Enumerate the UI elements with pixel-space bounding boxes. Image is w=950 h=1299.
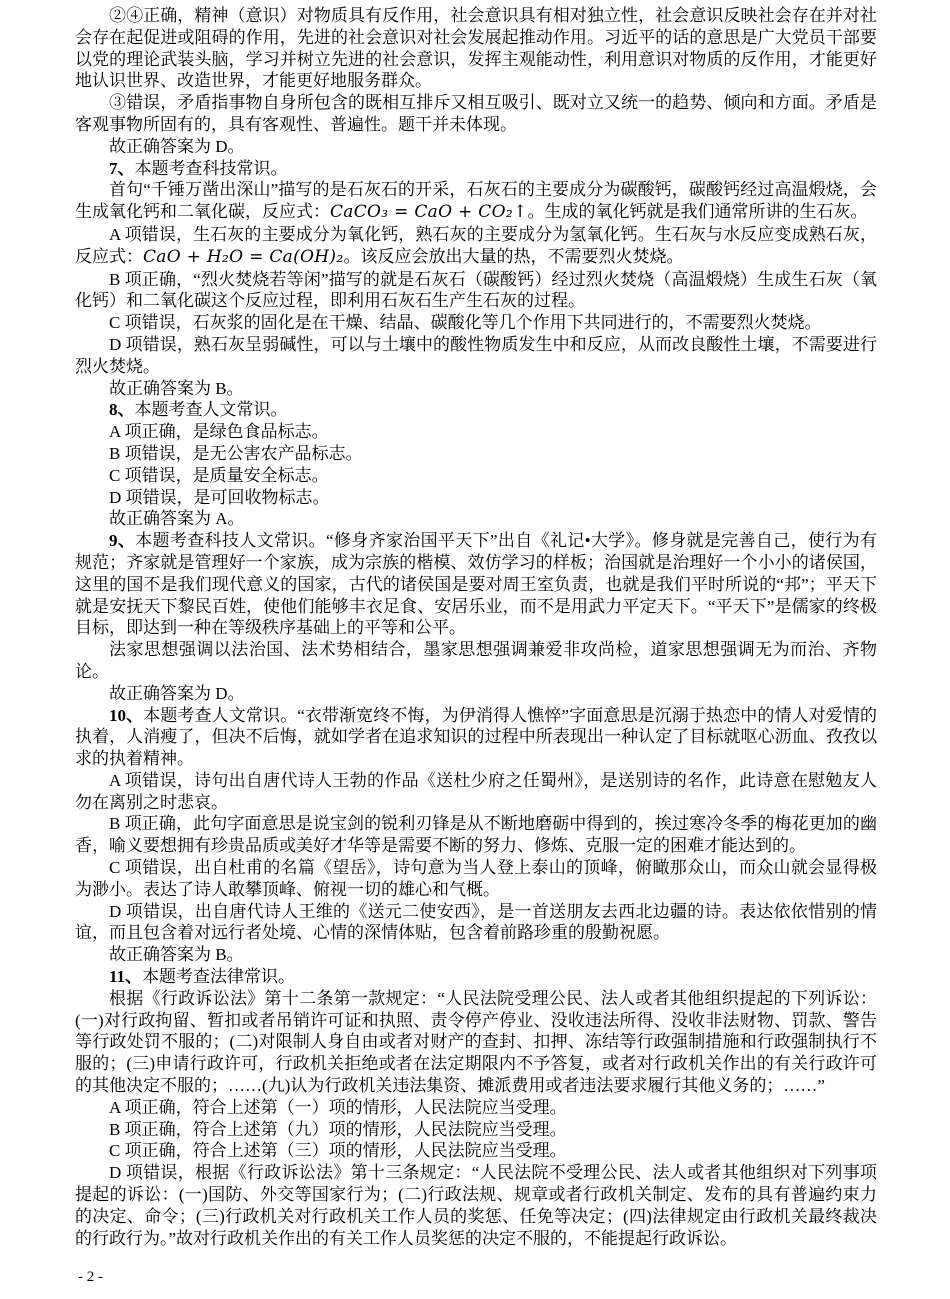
question-number: 8、 [109,400,135,419]
paragraph: B 项正确，“烈火焚烧若等闲”描写的就是石灰石（碳酸钙）经过烈火焚烧（高温煅烧）… [75,269,877,313]
question-heading-text: 本题考查人文常识。“衣带渐宽终不悔，为伊消得人憔悴”字面意思是沉溺于热恋中的情人… [75,706,877,769]
paragraph: B 项正确，符合上述第（九）项的情形，人民法院应当受理。 [75,1119,877,1141]
question-heading: 7、本题考查科技常识。 [75,158,877,180]
answer-line: 故正确答案为 B。 [75,944,877,966]
question-number: 11、 [109,967,142,986]
paragraph: B 项错误，是无公害农产品标志。 [75,443,877,465]
answer-line: 故正确答案为 B。 [75,378,877,400]
paragraph: B 项正确，此句字面意思是说宝剑的锐利刃锋是从不断地磨砺中得到的，挨过寒冷冬季的… [75,813,877,857]
paragraph: C 项错误，石灰浆的固化是在干燥、结晶、碳酸化等几个作用下共同进行的，不需要烈火… [75,312,877,334]
question-heading-text: 本题考查法律常识。 [142,967,295,986]
paragraph: ③错误，矛盾指事物自身所包含的既相互排斥又相互吸引、既对立又统一的趋势、倾向和方… [75,92,877,136]
document-page: ②④正确，精神（意识）对物质具有反作用，社会意识具有相对独立性，社会意识反映社会… [0,0,950,1286]
question-heading-text: 本题考查人文常识。 [135,400,288,419]
paragraph: D 项错误，出自唐代诗人王维的《送元二使安西》，是一首送朋友去西北边疆的诗。表达… [75,901,877,945]
paragraph: D 项错误，是可回收物标志。 [75,487,877,509]
paragraph: D 项错误，根据《行政诉讼法》第十三条规定：“人民法院不受理公民、法人或者其他组… [75,1162,877,1249]
paragraph: C 项错误，出自杜甫的名篇《望岳》，诗句意为当人登上泰山的顶峰，俯瞰那众山，而众… [75,857,877,901]
paragraph: ②④正确，精神（意识）对物质具有反作用，社会意识具有相对独立性，社会意识反映社会… [75,5,877,92]
question-heading: 8、本题考查人文常识。 [75,399,877,421]
paragraph: A 项错误，生石灰的主要成分为氧化钙，熟石灰的主要成分为氢氧化钙。生石灰与水反应… [75,224,877,269]
question-heading: 10、本题考查人文常识。“衣带渐宽终不悔，为伊消得人憔悴”字面意思是沉溺于热恋中… [75,705,877,770]
paragraph-text: 。该反应会放出大量的热，不需要烈火焚烧。 [343,247,683,266]
question-heading-text: 本题考查科技人文常识。“修身齐家治国平天下”出自《礼记•大学》。修身就是完善自己… [75,531,877,637]
answer-line: 故正确答案为 D。 [75,136,877,158]
question-number: 10、 [109,706,143,725]
paragraph: A 项正确，是绿色食品标志。 [75,421,877,443]
page-number: - 2 - [75,1269,877,1286]
paragraph: C 项正确，符合上述第（三）项的情形，人民法院应当受理。 [75,1140,877,1162]
paragraph: 根据《行政诉讼法》第十二条第一款规定：“人民法院受理公民、法人或者其他组织提起的… [75,988,877,1097]
answer-line: 故正确答案为 A。 [75,508,877,530]
paragraph: A 项正确，符合上述第（一）项的情形，人民法院应当受理。 [75,1097,877,1119]
question-number: 7、 [109,159,135,178]
chemical-formula: CaO + H₂O = Ca(OH)₂ [143,247,343,267]
paragraph: A 项错误，诗句出自唐代诗人王勃的作品《送杜少府之任蜀州》，是送别诗的名作，此诗… [75,770,877,814]
paragraph: 法家思想强调以法治国、法术势相结合，墨家思想强调兼爱非攻尚检，道家思想强调无为而… [75,639,877,683]
question-heading-text: 本题考查科技常识。 [135,159,288,178]
chemical-formula: CaCO₃ = CaO + CO₂↑ [330,202,528,222]
paragraph: C 项错误，是质量安全标志。 [75,465,877,487]
question-number: 9、 [109,531,135,550]
paragraph-text: 。生成的氧化钙就是我们通常所讲的生石灰。 [528,202,868,221]
paragraph: D 项错误，熟石灰呈弱碱性，可以与土壤中的酸性物质发生中和反应，从而改良酸性土壤… [75,334,877,378]
question-heading: 9、本题考查科技人文常识。“修身齐家治国平天下”出自《礼记•大学》。修身就是完善… [75,530,877,639]
answer-line: 故正确答案为 D。 [75,683,877,705]
paragraph: 首句“千锤万凿出深山”描写的是石灰石的开采，石灰石的主要成分为碳酸钙，碳酸钙经过… [75,179,877,224]
question-heading: 11、本题考查法律常识。 [75,966,877,988]
